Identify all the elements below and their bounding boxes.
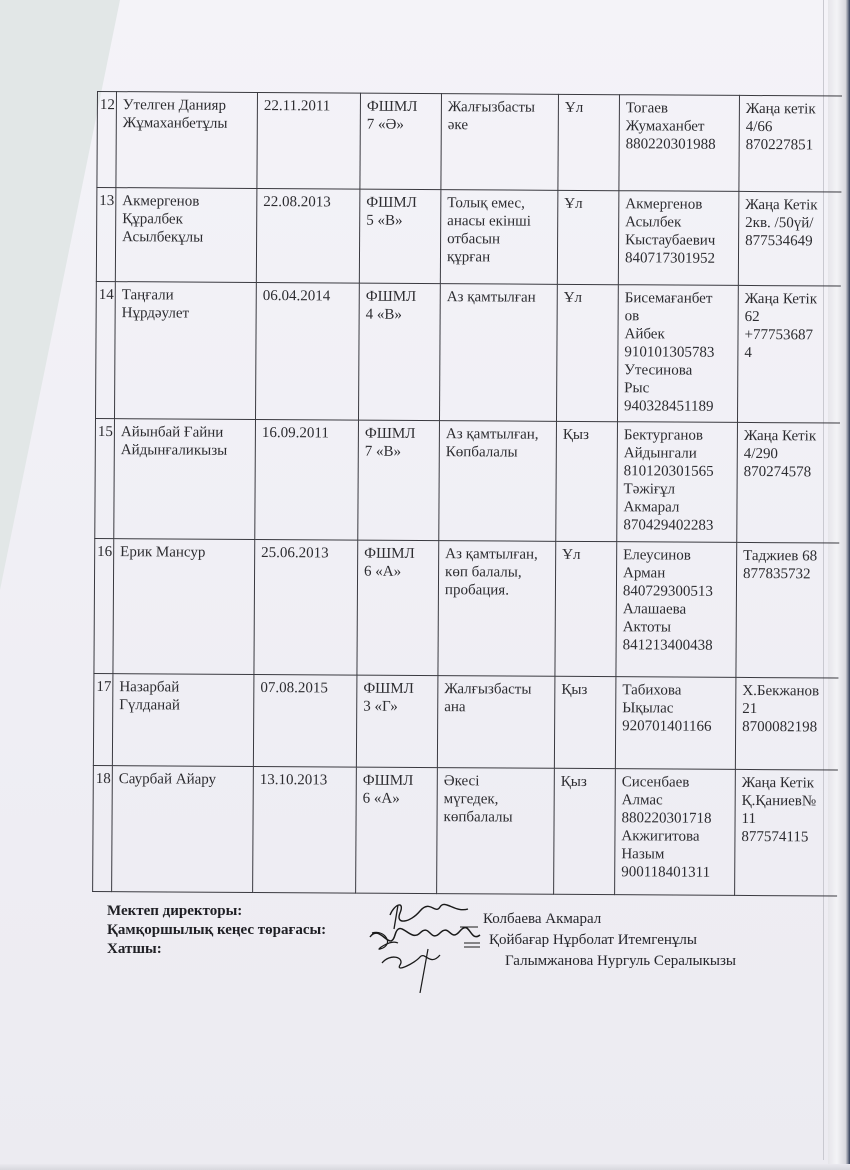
cell-line: Асылбек xyxy=(625,213,732,232)
gender-cell: Ұл xyxy=(557,190,619,284)
cell-line: ов xyxy=(625,307,732,326)
parents-cell: ТогаевЖумаханбет880220301988 xyxy=(619,95,740,192)
birth-date-cell: 25.06.2013 xyxy=(254,539,358,675)
cell-line: 4/66 xyxy=(746,118,836,137)
signer-director: Колбаева Акмарал xyxy=(483,909,736,930)
cell-line: Таджиев 68 xyxy=(743,547,833,566)
cell-line: 870429402283 xyxy=(623,516,730,535)
cell-line: Жаңа Кетік xyxy=(745,196,835,215)
students-table: 12Утелген ДаниярЖұмаханбетұлы22.11.2011Ф… xyxy=(92,91,842,897)
role-secretary: Хатшы: xyxy=(107,940,326,959)
cell-line: 841213400438 xyxy=(623,636,730,655)
cell-line: Жумаханбет xyxy=(626,117,733,136)
gender-cell: Қыз xyxy=(554,676,616,768)
class-cell: ФШМЛ3 «Г» xyxy=(356,675,438,767)
cell-line: 7 «Ә» xyxy=(367,116,435,134)
parents-cell: АкмергеновАсылбекКыстаубаевич84071730195… xyxy=(618,191,739,286)
cell-line: ФШМЛ xyxy=(367,98,435,116)
student-name-cell: ТаңғалиНұрдәулет xyxy=(114,282,256,420)
table-row: 13АкмергеновҚұралбекАсылбекұлы22.08.2013… xyxy=(96,188,841,287)
signature-roles: Мектеп директоры: Қамқоршылық кеңес төра… xyxy=(107,902,326,959)
cell-line: 62 xyxy=(745,308,835,327)
cell-line: Тогаев xyxy=(626,99,733,118)
student-name-cell: Ерик Мансур xyxy=(113,539,255,675)
cell-line: Асылбекұлы xyxy=(122,228,250,247)
role-council-chair: Қамқоршылық кеңес төрағасы: xyxy=(107,921,326,940)
cell-line: пробация. xyxy=(445,581,549,600)
birth-date-cell: 06.04.2014 xyxy=(255,282,359,420)
birth-date-cell: 13.10.2013 xyxy=(253,766,357,893)
cell-line: 8700082198 xyxy=(742,718,832,737)
cell-line: Акжигитова xyxy=(621,827,728,846)
cell-line: Х.Бекжанов xyxy=(742,682,832,701)
cell-line: Жаңа кетік xyxy=(746,100,836,119)
cell-line: 840717301952 xyxy=(625,249,732,268)
page-bottom-edge xyxy=(0,1164,850,1170)
cell-line: әке xyxy=(448,116,552,135)
signer-council-chair: Қойбағар Нұрболат Итемгенұлы xyxy=(489,930,736,951)
cell-line: Жалғызбасты xyxy=(444,680,548,699)
cell-line: Рыс xyxy=(624,379,731,398)
birth-date-cell: 16.09.2011 xyxy=(255,419,359,540)
address-cell: Жаңа Кетік4/290870274578 xyxy=(737,422,840,543)
family-status-cell: Аз қамтылған xyxy=(439,284,557,422)
gender-cell: Қыз xyxy=(554,768,616,894)
cell-line: 2кв. /50үй/ xyxy=(745,214,835,233)
row-number-cell: 15 xyxy=(95,418,115,538)
address-cell: Жаңа КетікҚ.Қаниев№11877574115 xyxy=(735,769,838,896)
cell-line: Жаңа Кетік xyxy=(744,427,834,446)
cell-line: Саурбай Айару xyxy=(119,770,247,789)
family-status-cell: Аз қамтылған,Көпбалалы xyxy=(439,421,557,542)
class-cell: ФШМЛ6 «А» xyxy=(356,767,438,893)
cell-line: Алмас xyxy=(622,791,729,810)
cell-line: Толық емес, xyxy=(447,194,551,213)
cell-line: ФШМЛ xyxy=(366,194,434,212)
cell-line: Актоты xyxy=(623,618,730,637)
cell-line: 870274578 xyxy=(744,463,834,482)
gender-cell: Қыз xyxy=(556,421,618,541)
class-cell: ФШМЛ4 «В» xyxy=(358,283,440,420)
cell-line: Сисенбаев xyxy=(622,773,729,792)
family-status-cell: Жалғызбастыана xyxy=(437,676,555,769)
cell-line: Арман xyxy=(623,564,730,583)
family-status-cell: Толық емес,анасы екіншіотбасынқұрған xyxy=(440,190,558,285)
class-cell: ФШМЛ7 «В» xyxy=(358,420,440,540)
class-cell: ФШМЛ6 «А» xyxy=(357,540,439,675)
class-cell: ФШМЛ5 «В» xyxy=(359,189,441,283)
cell-line: Құралбек xyxy=(122,210,250,229)
table-row: 12Утелген ДаниярЖұмаханбетұлы22.11.2011Ф… xyxy=(97,92,842,193)
cell-line: Әкесі xyxy=(444,772,548,791)
cell-line: Көпбалалы xyxy=(446,443,550,462)
cell-line: Назарбай xyxy=(119,678,247,697)
cell-line: 877835732 xyxy=(743,565,833,584)
cell-line: 877534649 xyxy=(745,232,835,251)
parents-cell: СисенбаевАлмас880220301718АкжигитоваНазы… xyxy=(615,769,736,896)
cell-line: Табихова xyxy=(622,681,729,700)
row-number-cell: 12 xyxy=(97,92,117,188)
cell-line: көп балалы, xyxy=(445,563,549,582)
cell-line: 7 «В» xyxy=(365,443,433,461)
table-row: 17НазарбайГүлданай07.08.2015ФШМЛ3 «Г»Жал… xyxy=(93,673,838,770)
cell-line: 5 «В» xyxy=(366,212,434,230)
cell-line: Гүлданай xyxy=(119,696,247,715)
cell-line: Утесинова xyxy=(624,361,731,380)
address-cell: Таджиев 68877835732 xyxy=(736,542,839,678)
cell-line: Жалғызбасты xyxy=(448,98,552,117)
student-name-cell: Утелген ДаниярЖұмаханбетұлы xyxy=(116,92,258,189)
cell-line: Ерик Мансур xyxy=(120,543,248,562)
cell-line: Жаңа Кетік xyxy=(745,290,835,309)
gender-cell: Ұл xyxy=(558,94,620,190)
table-row: 15Айынбай ҒайниАйдынғаликызы16.09.2011ФШ… xyxy=(95,418,840,543)
cell-line: 21 xyxy=(742,700,832,719)
cell-line: 920701401166 xyxy=(622,717,729,736)
cell-line: 910101305783 xyxy=(624,343,731,362)
row-number-cell: 14 xyxy=(95,281,115,418)
cell-line: 840729300513 xyxy=(623,582,730,601)
cell-line: ФШМЛ xyxy=(365,425,433,443)
gender-cell: Ұл xyxy=(555,541,617,676)
cell-line: ФШМЛ xyxy=(363,680,431,698)
table-row: 14ТаңғалиНұрдәулет06.04.2014ФШМЛ4 «В»Аз … xyxy=(95,281,840,423)
cell-line: Аз қамтылған, xyxy=(445,545,549,564)
cell-line: 4/290 xyxy=(744,445,834,464)
student-name-cell: Айынбай ҒайниАйдынғаликызы xyxy=(114,419,256,540)
cell-line: Тәжіғұл xyxy=(624,480,731,499)
cell-line: 4 «В» xyxy=(366,306,434,324)
cell-line: Акмарал xyxy=(623,498,730,517)
parents-cell: ЕлеусиновАрман840729300513АлашаеваАктоты… xyxy=(616,542,737,678)
cell-line: Нұрдәулет xyxy=(122,304,250,323)
cell-line: 880220301988 xyxy=(626,135,733,154)
cell-line: ФШМЛ xyxy=(363,772,431,790)
cell-line: 11 xyxy=(742,810,832,829)
cell-line: отбасын xyxy=(447,230,551,249)
cell-line: Акмергенов xyxy=(625,195,732,214)
cell-line: Жаңа Кетік xyxy=(742,774,832,793)
cell-line: Жұмаханбетұлы xyxy=(123,114,251,133)
cell-line: Қ.Қаниев№ xyxy=(742,792,832,811)
address-cell: Жаңа кетік4/66870227851 xyxy=(739,95,842,192)
cell-line: Акмергенов xyxy=(122,192,250,211)
cell-line: Бектурганов xyxy=(624,426,731,445)
address-cell: Жаңа Кетік62+777536874 xyxy=(737,285,840,423)
birth-date-cell: 22.08.2013 xyxy=(256,188,360,283)
row-number-cell: 17 xyxy=(93,673,113,765)
address-cell: Жаңа Кетік2кв. /50үй/877534649 xyxy=(738,191,841,286)
cell-line: Кыстаубаевич xyxy=(625,231,732,250)
cell-line: 940328451189 xyxy=(624,397,731,416)
cell-line: құрған xyxy=(447,248,551,267)
cell-line: 900118401311 xyxy=(621,863,728,882)
role-director: Мектеп директоры: xyxy=(107,902,326,921)
signer-secretary: Галымжанова Нургуль Сералыкызы xyxy=(505,951,736,972)
student-name-cell: НазарбайГүлданай xyxy=(112,674,254,767)
cell-line: Айбек xyxy=(624,325,731,344)
family-status-cell: Жалғызбастыәке xyxy=(441,94,559,191)
handwritten-signatures xyxy=(350,893,490,993)
student-name-cell: АкмергеновҚұралбекАсылбекұлы xyxy=(115,188,257,283)
family-status-cell: Әкесімүгедек,көпбалалы xyxy=(437,768,555,895)
cell-line: Утелген Данияр xyxy=(123,96,251,115)
parents-cell: ТабиховаЫқылас920701401166 xyxy=(615,677,736,770)
signer-names: Колбаева Акмарал Қойбағар Нұрболат Итемг… xyxy=(483,909,736,972)
cell-line: 877574115 xyxy=(741,828,831,847)
cell-line: 6 «А» xyxy=(364,563,432,581)
parents-cell: БектургановАйдынгали810120301565ТәжіғұлА… xyxy=(617,422,738,543)
address-cell: Х.Бекжанов218700082198 xyxy=(735,677,838,770)
cell-line: ФШМЛ xyxy=(364,545,432,563)
parents-cell: БисемағанбетовАйбек910101305783Утесинова… xyxy=(617,285,738,423)
family-status-cell: Аз қамтылған,көп балалы,пробация. xyxy=(438,541,556,677)
cell-line: ана xyxy=(444,698,548,717)
cell-line: көпбалалы xyxy=(444,808,548,827)
cell-line: 6 «А» xyxy=(363,790,431,808)
cell-line: Елеусинов xyxy=(623,546,730,565)
table-row: 16Ерик Мансур25.06.2013ФШМЛ6 «А»Аз қамты… xyxy=(94,538,839,678)
birth-date-cell: 07.08.2015 xyxy=(253,674,357,767)
cell-line: Айдынгали xyxy=(624,444,731,463)
cell-line: 3 «Г» xyxy=(363,698,431,716)
table-row: 18Саурбай Айару13.10.2013ФШМЛ6 «А»Әкесім… xyxy=(93,765,838,896)
student-name-cell: Саурбай Айару xyxy=(112,766,254,893)
cell-line: Назым xyxy=(621,845,728,864)
cell-line: Бисемағанбет xyxy=(625,289,732,308)
cell-line: Таңғали xyxy=(122,286,250,305)
birth-date-cell: 22.11.2011 xyxy=(257,92,361,189)
cell-line: Аз қамтылған xyxy=(447,288,551,307)
row-number-cell: 13 xyxy=(96,188,116,282)
cell-line: Айынбай Ғайни xyxy=(121,423,249,442)
cell-line: ФШМЛ xyxy=(366,288,434,306)
cell-line: 810120301565 xyxy=(624,462,731,481)
class-cell: ФШМЛ7 «Ә» xyxy=(360,93,442,189)
table-body: 12Утелген ДаниярЖұмаханбетұлы22.11.2011Ф… xyxy=(93,92,842,897)
cell-line: Ықылас xyxy=(622,699,729,718)
cell-line: 4 xyxy=(744,344,834,363)
cell-line: Айдынғаликызы xyxy=(121,441,249,460)
cell-line: Алашаева xyxy=(623,600,730,619)
row-number-cell: 16 xyxy=(94,538,114,673)
cell-line: Аз қамтылған, xyxy=(446,425,550,444)
row-number-cell: 18 xyxy=(93,765,113,891)
cell-line: анасы екінші xyxy=(447,212,551,231)
cell-line: 880220301718 xyxy=(622,809,729,828)
gender-cell: Ұл xyxy=(556,284,618,421)
cell-line: +77753687 xyxy=(744,326,834,345)
cell-line: 870227851 xyxy=(746,136,836,155)
cell-line: мүгедек, xyxy=(444,790,548,809)
